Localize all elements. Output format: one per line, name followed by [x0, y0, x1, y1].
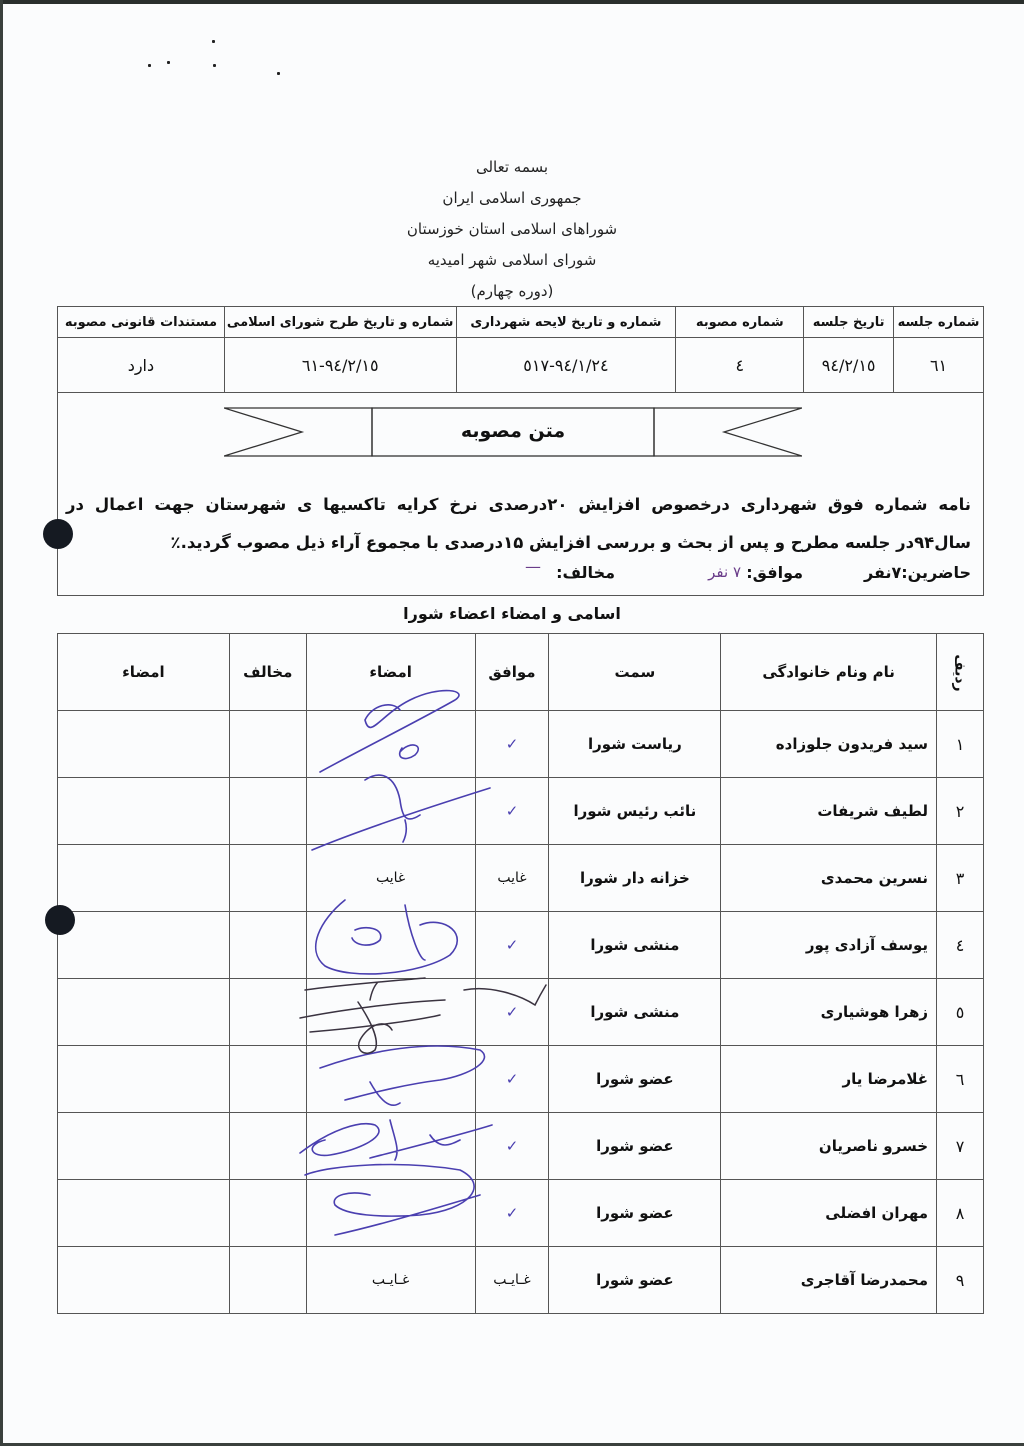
- table-row: ٢ لطیف شریفات نائب رئیس شورا ✓: [58, 778, 984, 845]
- table-row: ٩ محمدرضا آقاجری عضو شورا غـایـب غـایـب: [58, 1247, 984, 1314]
- agree-signature: [306, 912, 475, 979]
- agree-signature: [306, 1046, 475, 1113]
- info-value-row: ٦١ ٩٤/٢/١٥ ٤ ٩٤/١/٢٤-٥١٧ ٩٤/٢/١٥-٦١ دارد: [58, 338, 984, 393]
- row-number: ٥: [937, 979, 984, 1046]
- member-name: خسرو ناصریان: [721, 1113, 937, 1180]
- scan-speck: [213, 64, 216, 67]
- member-name: یوسف آزادی پور: [721, 912, 937, 979]
- member-position: منشی شورا: [549, 979, 721, 1046]
- scan-speck: [167, 61, 170, 64]
- member-position: عضو شورا: [549, 1046, 721, 1113]
- oppose-cell: [229, 711, 306, 778]
- table-row: ٦ غلامرضا یار عضو شورا ✓: [58, 1046, 984, 1113]
- oppose-signature: [58, 778, 230, 845]
- agree-check-icon: ✓: [475, 1180, 549, 1247]
- agree-check-icon: ✓: [475, 711, 549, 778]
- header-full-name: نام ونام خانوادگی: [721, 634, 937, 711]
- oppose-cell: [229, 778, 306, 845]
- member-position: نائب رئیس شورا: [549, 778, 721, 845]
- agree-absent: غـایـب: [475, 1247, 549, 1314]
- oppose-cell: [229, 1180, 306, 1247]
- resolution-body: متن مصوبه نامه شماره فوق شهرداری درخصوص …: [57, 391, 984, 596]
- agree-signature: [306, 778, 475, 845]
- value-session-date: ٩٤/٢/١٥: [804, 338, 894, 393]
- header-oppose: مخالف: [229, 634, 306, 711]
- header-agree-signature: امضاء: [306, 634, 475, 711]
- scan-speck: [212, 40, 215, 43]
- oppose-cell: [229, 1046, 306, 1113]
- header-council-plan: شماره و تاریخ طرح شورای اسلامی: [224, 307, 456, 338]
- header-position: سمت: [549, 634, 721, 711]
- heading-term: (دوره چهارم): [300, 276, 724, 307]
- member-name: نسرین محمدی: [721, 845, 937, 912]
- signature-absent: غایب: [306, 845, 475, 912]
- oppose-signature: [58, 711, 230, 778]
- agree-handwritten: ۷ نفر: [708, 563, 741, 581]
- row-number: ٦: [937, 1046, 984, 1113]
- agree-signature: [306, 1113, 475, 1180]
- member-position: عضو شورا: [549, 1113, 721, 1180]
- value-council-plan: ٩٤/٢/١٥-٦١: [224, 338, 456, 393]
- member-position: ریاست شورا: [549, 711, 721, 778]
- resolution-title: متن مصوبه: [372, 407, 654, 457]
- present-count: حاضرین:۷نفر: [864, 563, 971, 582]
- table-row: ٨ مهران افضلی عضو شورا ✓: [58, 1180, 984, 1247]
- heading-province-councils: شوراهای اسلامی استان خوزستان: [300, 214, 724, 245]
- header-session-date: تاریخ جلسه: [804, 307, 894, 338]
- value-session-number: ٦١: [894, 338, 984, 393]
- row-number: ٩: [937, 1247, 984, 1314]
- table-row: ١ سید فریدون جلوزاده ریاست شورا ✓: [58, 711, 984, 778]
- heading-bismillah: بسمه تعالی: [300, 152, 724, 183]
- oppose-signature: [58, 912, 230, 979]
- header-resolution-number: شماره مصوبه: [676, 307, 804, 338]
- hole-punch-bottom: [45, 905, 75, 935]
- member-position: عضو شورا: [549, 1180, 721, 1247]
- row-number: ٤: [937, 912, 984, 979]
- agree-absent: غایب: [475, 845, 549, 912]
- value-municipal-bill: ٩٤/١/٢٤-٥١٧: [456, 338, 676, 393]
- heading-country: جمهوری اسلامی ایران: [300, 183, 724, 214]
- row-number: ٨: [937, 1180, 984, 1247]
- header-row-number: ردیف: [937, 634, 984, 711]
- scan-edge-top: [0, 0, 1024, 4]
- vote-tally: حاضرین:۷نفر موافق: ۷ نفر مخالف: —: [66, 563, 971, 593]
- row-number: ٣: [937, 845, 984, 912]
- member-name: زهرا هوشیاری: [721, 979, 937, 1046]
- info-header-row: شماره جلسه تاریخ جلسه شماره مصوبه شماره …: [58, 307, 984, 338]
- oppose-cell: [229, 979, 306, 1046]
- agree-signature: [306, 1180, 475, 1247]
- member-name: لطیف شریفات: [721, 778, 937, 845]
- oppose-cell: [229, 1247, 306, 1314]
- agree-check-icon: ✓: [475, 912, 549, 979]
- scan-speck: [277, 72, 280, 75]
- heading-city-council: شورای اسلامی شهر امیدیه: [300, 245, 724, 276]
- oppose-signature: [58, 845, 230, 912]
- agree-label: موافق:: [746, 563, 803, 582]
- agree-check-icon: ✓: [475, 778, 549, 845]
- row-number: ٧: [937, 1113, 984, 1180]
- member-name: غلامرضا یار: [721, 1046, 937, 1113]
- header-session-number: شماره جلسه: [894, 307, 984, 338]
- member-position: منشی شورا: [549, 912, 721, 979]
- scan-edge-left: [0, 0, 3, 1446]
- oppose-signature: [58, 1247, 230, 1314]
- member-name: مهران افضلی: [721, 1180, 937, 1247]
- member-name: سید فریدون جلوزاده: [721, 711, 937, 778]
- agree-check-icon: ✓: [475, 1113, 549, 1180]
- oppose-signature: [58, 1113, 230, 1180]
- header-municipal-bill: شماره و تاریخ لایحه شهرداری: [456, 307, 676, 338]
- header-legal-basis: مستندات قانونی مصوبه: [58, 307, 225, 338]
- table-row: ٣ نسرین محمدی خزانه دار شورا غایب غایب: [58, 845, 984, 912]
- value-legal-basis: دارد: [58, 338, 225, 393]
- table-row: ٥ زهرا هوشیاری منشی شورا ✓: [58, 979, 984, 1046]
- members-table-title: اسامی و امضاء اعضاء شورا: [300, 604, 724, 623]
- members-table: ردیف نام ونام خانوادگی سمت موافق امضاء م…: [57, 633, 984, 1314]
- oppose-cell: [229, 845, 306, 912]
- oppose-signature: [58, 979, 230, 1046]
- oppose-signature: [58, 1180, 230, 1247]
- member-name: محمدرضا آقاجری: [721, 1247, 937, 1314]
- oppose-cell: [229, 1113, 306, 1180]
- header-oppose-signature: امضاء: [58, 634, 230, 711]
- members-header-row: ردیف نام ونام خانوادگی سمت موافق امضاء م…: [58, 634, 984, 711]
- row-number: ١: [937, 711, 984, 778]
- agree-check-icon: ✓: [475, 1046, 549, 1113]
- agree-check-icon: ✓: [475, 979, 549, 1046]
- resolution-info-table: شماره جلسه تاریخ جلسه شماره مصوبه شماره …: [57, 306, 984, 393]
- member-position: عضو شورا: [549, 1247, 721, 1314]
- member-position: خزانه دار شورا: [549, 845, 721, 912]
- resolution-title-ribbon: متن مصوبه: [224, 407, 802, 457]
- scan-speck: [148, 64, 151, 67]
- oppose-signature: [58, 1046, 230, 1113]
- document-heading: بسمه تعالی جمهوری اسلامی ایران شوراهای ا…: [300, 152, 724, 307]
- agree-signature: [306, 979, 475, 1046]
- oppose-handwritten: —: [525, 557, 541, 576]
- table-row: ٧ خسرو ناصریان عضو شورا ✓: [58, 1113, 984, 1180]
- agree-signature: [306, 711, 475, 778]
- oppose-label: مخالف:: [556, 563, 615, 582]
- table-row: ٤ یوسف آزادی پور منشی شورا ✓: [58, 912, 984, 979]
- hole-punch-top: [43, 519, 73, 549]
- row-number: ٢: [937, 778, 984, 845]
- resolution-text: نامه شماره فوق شهرداری درخصوص افزایش ۲۰د…: [66, 486, 971, 562]
- oppose-cell: [229, 912, 306, 979]
- header-agree: موافق: [475, 634, 549, 711]
- signature-absent: غـایـب: [306, 1247, 475, 1314]
- value-resolution-number: ٤: [676, 338, 804, 393]
